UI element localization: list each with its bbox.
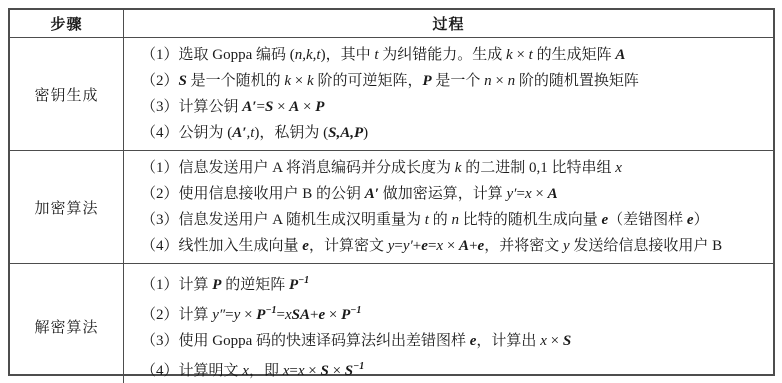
step-cell-decryption: 解密算法 xyxy=(10,264,124,383)
header-step-cell: 步骤 xyxy=(10,10,124,38)
step-cell-key-generation: 密钥生成 xyxy=(10,38,124,151)
process-cell-encryption: （1）信息发送用户 A 将消息编码并分成长度为 k 的二进制 0,1 比特串组 … xyxy=(124,151,773,264)
mceliece-algorithm-table: 步骤 过程 密钥生成 （1）选取 Goppa 编码 (n,k,t)，其中 t 为… xyxy=(8,8,775,376)
process-line: （2）计算 y″=y × P−1=xSA+e × P−1 xyxy=(141,298,763,328)
header-process-label: 过程 xyxy=(432,13,464,34)
header-step-label: 步骤 xyxy=(50,13,82,34)
header-process-cell: 过程 xyxy=(124,10,773,38)
process-line: （4）公钥为 (A′,t)，私钥为 (S,A,P) xyxy=(141,120,763,146)
process-cell-decryption: （1）计算 P 的逆矩阵 P−1 （2）计算 y″=y × P−1=xSA+e … xyxy=(124,264,773,383)
process-line: （1）计算 P 的逆矩阵 P−1 xyxy=(141,268,763,298)
step-label: 解密算法 xyxy=(34,316,98,337)
process-cell-key-generation: （1）选取 Goppa 编码 (n,k,t)，其中 t 为纠错能力。生成 k ×… xyxy=(124,38,773,151)
process-line: （3）信息发送用户 A 随机生成汉明重量为 t 的 n 比特的随机生成向量 e（… xyxy=(141,207,763,233)
process-line: （1）信息发送用户 A 将消息编码并分成长度为 k 的二进制 0,1 比特串组 … xyxy=(141,155,763,181)
step-label: 加密算法 xyxy=(34,197,98,218)
step-label: 密钥生成 xyxy=(34,84,98,105)
process-line: （2）S 是一个随机的 k × k 阶的可逆矩阵，P 是一个 n × n 阶的随… xyxy=(141,68,763,94)
process-line: （3）使用 Goppa 码的快速译码算法纠出差错图样 e，计算出 x × S xyxy=(141,328,763,354)
process-line: （1）选取 Goppa 编码 (n,k,t)，其中 t 为纠错能力。生成 k ×… xyxy=(141,42,763,68)
step-cell-encryption: 加密算法 xyxy=(10,151,124,264)
document-page: 步骤 过程 密钥生成 （1）选取 Goppa 编码 (n,k,t)，其中 t 为… xyxy=(0,0,782,383)
process-line: （2）使用信息接收用户 B 的公钥 A′ 做加密运算，计算 y′=x × A xyxy=(141,181,763,207)
process-line: （4）计算明文 x，即 x=x × S × S−1 xyxy=(141,354,763,383)
process-line: （3）计算公钥 A′=S × A × P xyxy=(141,94,763,120)
process-line: （4）线性加入生成向量 e，计算密文 y=y′+e=x × A+e，并将密文 y… xyxy=(141,233,763,259)
